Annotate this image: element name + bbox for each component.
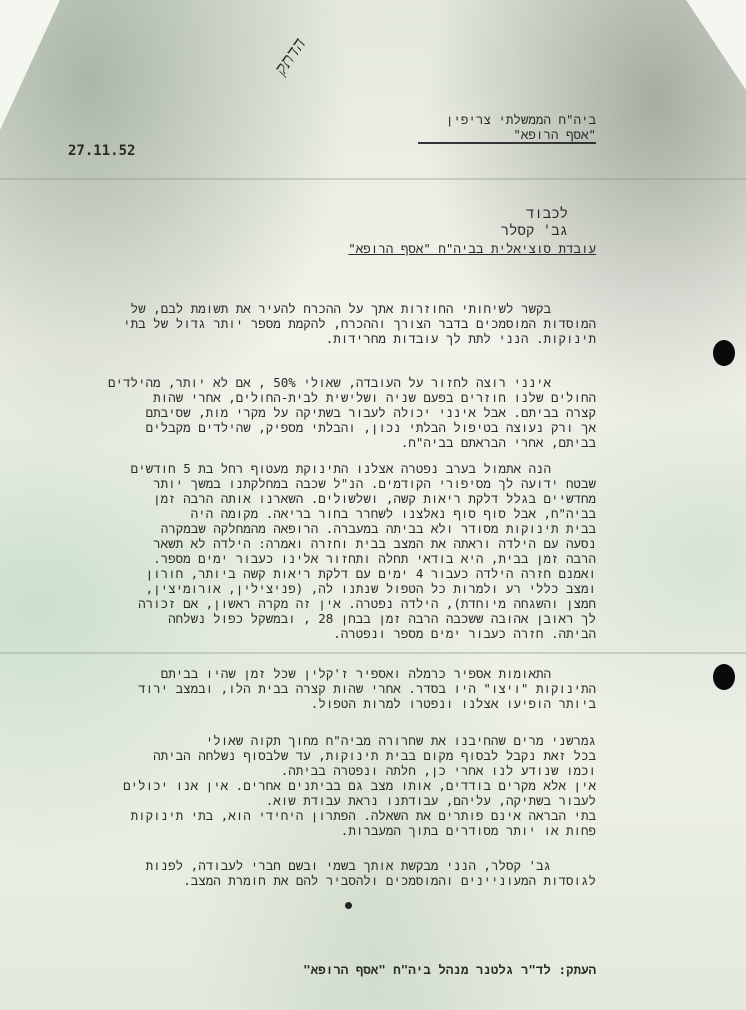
paper-crease [0,178,746,180]
body-line: בביה"ח, אבל סוף סוף נאלצנו לשחרר בחור בר… [191,506,596,522]
body-line: שבטח ידועה לך מסיפורי הקודמים. הנ"ל שכבה… [153,476,596,492]
body-line: לעבור בשתיקה, עליהם, עבודתנו נראת עבודת … [266,793,596,809]
body-line: הביתה. חזרה כעבור ימים מספר ונפטרה. [333,626,596,642]
letter-date: 27.11.52 [68,143,135,159]
body-line: החולים שלנו חוזרים בפעם שניה ושלישית לבי… [153,390,596,406]
body-line: ומצב כללי רע ולמרות כל הטפול שנתנו לה, (… [146,581,596,597]
body-line: קצרה בביתם. אבל אינני יכולה לעבור בשתיקה… [146,405,596,421]
body-line: ואמנם חזרה הילדה כעבור 4 ימים עם דלקת רי… [146,566,596,582]
body-line: תינוקות. הנני לתת לך עובדות מחרידות. [326,331,596,347]
copy-line: העתק: לד"ר גלטנר מנהל ביה"ח "אסף הרופא" [303,962,596,978]
body-line: בקשר לשיחותי החוזרות אתך על ההכרח להעיר … [131,301,551,317]
body-line: בכל זאת נקבל לבסוף מקום בבית תינוקות, עד… [153,748,596,764]
body-line: לך ראובן אהובה ששכבה הרבה זמן בבחן 28 , … [168,611,596,627]
folded-corner-top-right [686,0,746,90]
addressee-line2: גב' קסלר [501,224,568,240]
body-line: התינוקות "ויצו" היו בסדר. אחרי שהות קצרה… [138,681,596,697]
body-line: אך ורק נעוצה בטיפול הבלתי נכון, והבלתי מ… [146,420,596,436]
body-line: הרבה זמן בבית, היא בודאי תחלה ותחזור אלי… [153,551,596,567]
punch-hole [713,664,735,690]
body-line: גמרשני מרים שהחיבנו את שחרורה מביה"ח מחו… [206,733,596,749]
body-line: התאומות אספיר כרמלה ואספיר ז'קלין שכל זמ… [161,666,551,682]
body-line: פחות או יותר מסודרים בתוך המעברות. [341,823,596,839]
addressee-line3: עובדת סוציאלית בביה"ח "אסף הרופא" [348,241,596,257]
body-line: לגוסדות המעוניינים והמוסמכים ולהסביר להם… [183,873,596,889]
body-line: בתי הבראה אינם פותרים את השאלה. הפתרון ה… [131,808,596,824]
paper-crease [0,652,746,654]
letterhead-line1: ביה"ח הממשלתי צריפין [446,112,596,128]
handwritten-note: הדתק [270,34,310,79]
body-line: הנה אתמול בערב נפטרה אצלנו התינוקת מעטוף… [131,461,551,477]
body-line: ביותר הופיעו אצלנו ונפטרו למרות הטפול. [311,696,596,712]
letterhead-line2: "אסף הרופא" [513,127,596,143]
body-line: בביתם, אחרי הבראתם בביה"ח. [401,435,596,451]
folded-corner-top-left [0,0,60,130]
body-line: בבית תינוקות מסודר ולא בביתה במעברה. הרו… [161,521,596,537]
body-line: וכמו שנודע לנו אחרי כן, חלתה ונפטרה בבית… [281,763,596,779]
scanned-paper: הדתק ביה"ח הממשלתי צריפין "אסף הרופא" 27… [0,0,746,1010]
letterhead-underline [418,142,596,144]
body-line: חמצן והשגחה מיוחדת), הילדה נפטרה. אין זה… [138,596,596,612]
addressee-line1: לכבוד [526,207,568,223]
body-line: המוסדות המוסמכים בדבר הצורך וההכרח, להקמ… [123,316,596,332]
ink-dot [345,902,352,909]
body-line: נסעה עם הילדה וראתה את המצב בבית וחזרה ו… [153,536,596,552]
body-line: אין אלא מקרים בודדים, אותו מצב גם בביתני… [123,778,596,794]
body-line: גב' קסלר, הנני מבקשת אותך בשמי ובשם חברי… [146,858,551,874]
punch-hole [713,340,735,366]
body-line: אינני רוצה לחזור על העובדה, שאולי 50% , … [108,375,551,391]
body-line: מחדשיים בגלל דלקת ריאות קשה, ושלשולים. ה… [153,491,596,507]
